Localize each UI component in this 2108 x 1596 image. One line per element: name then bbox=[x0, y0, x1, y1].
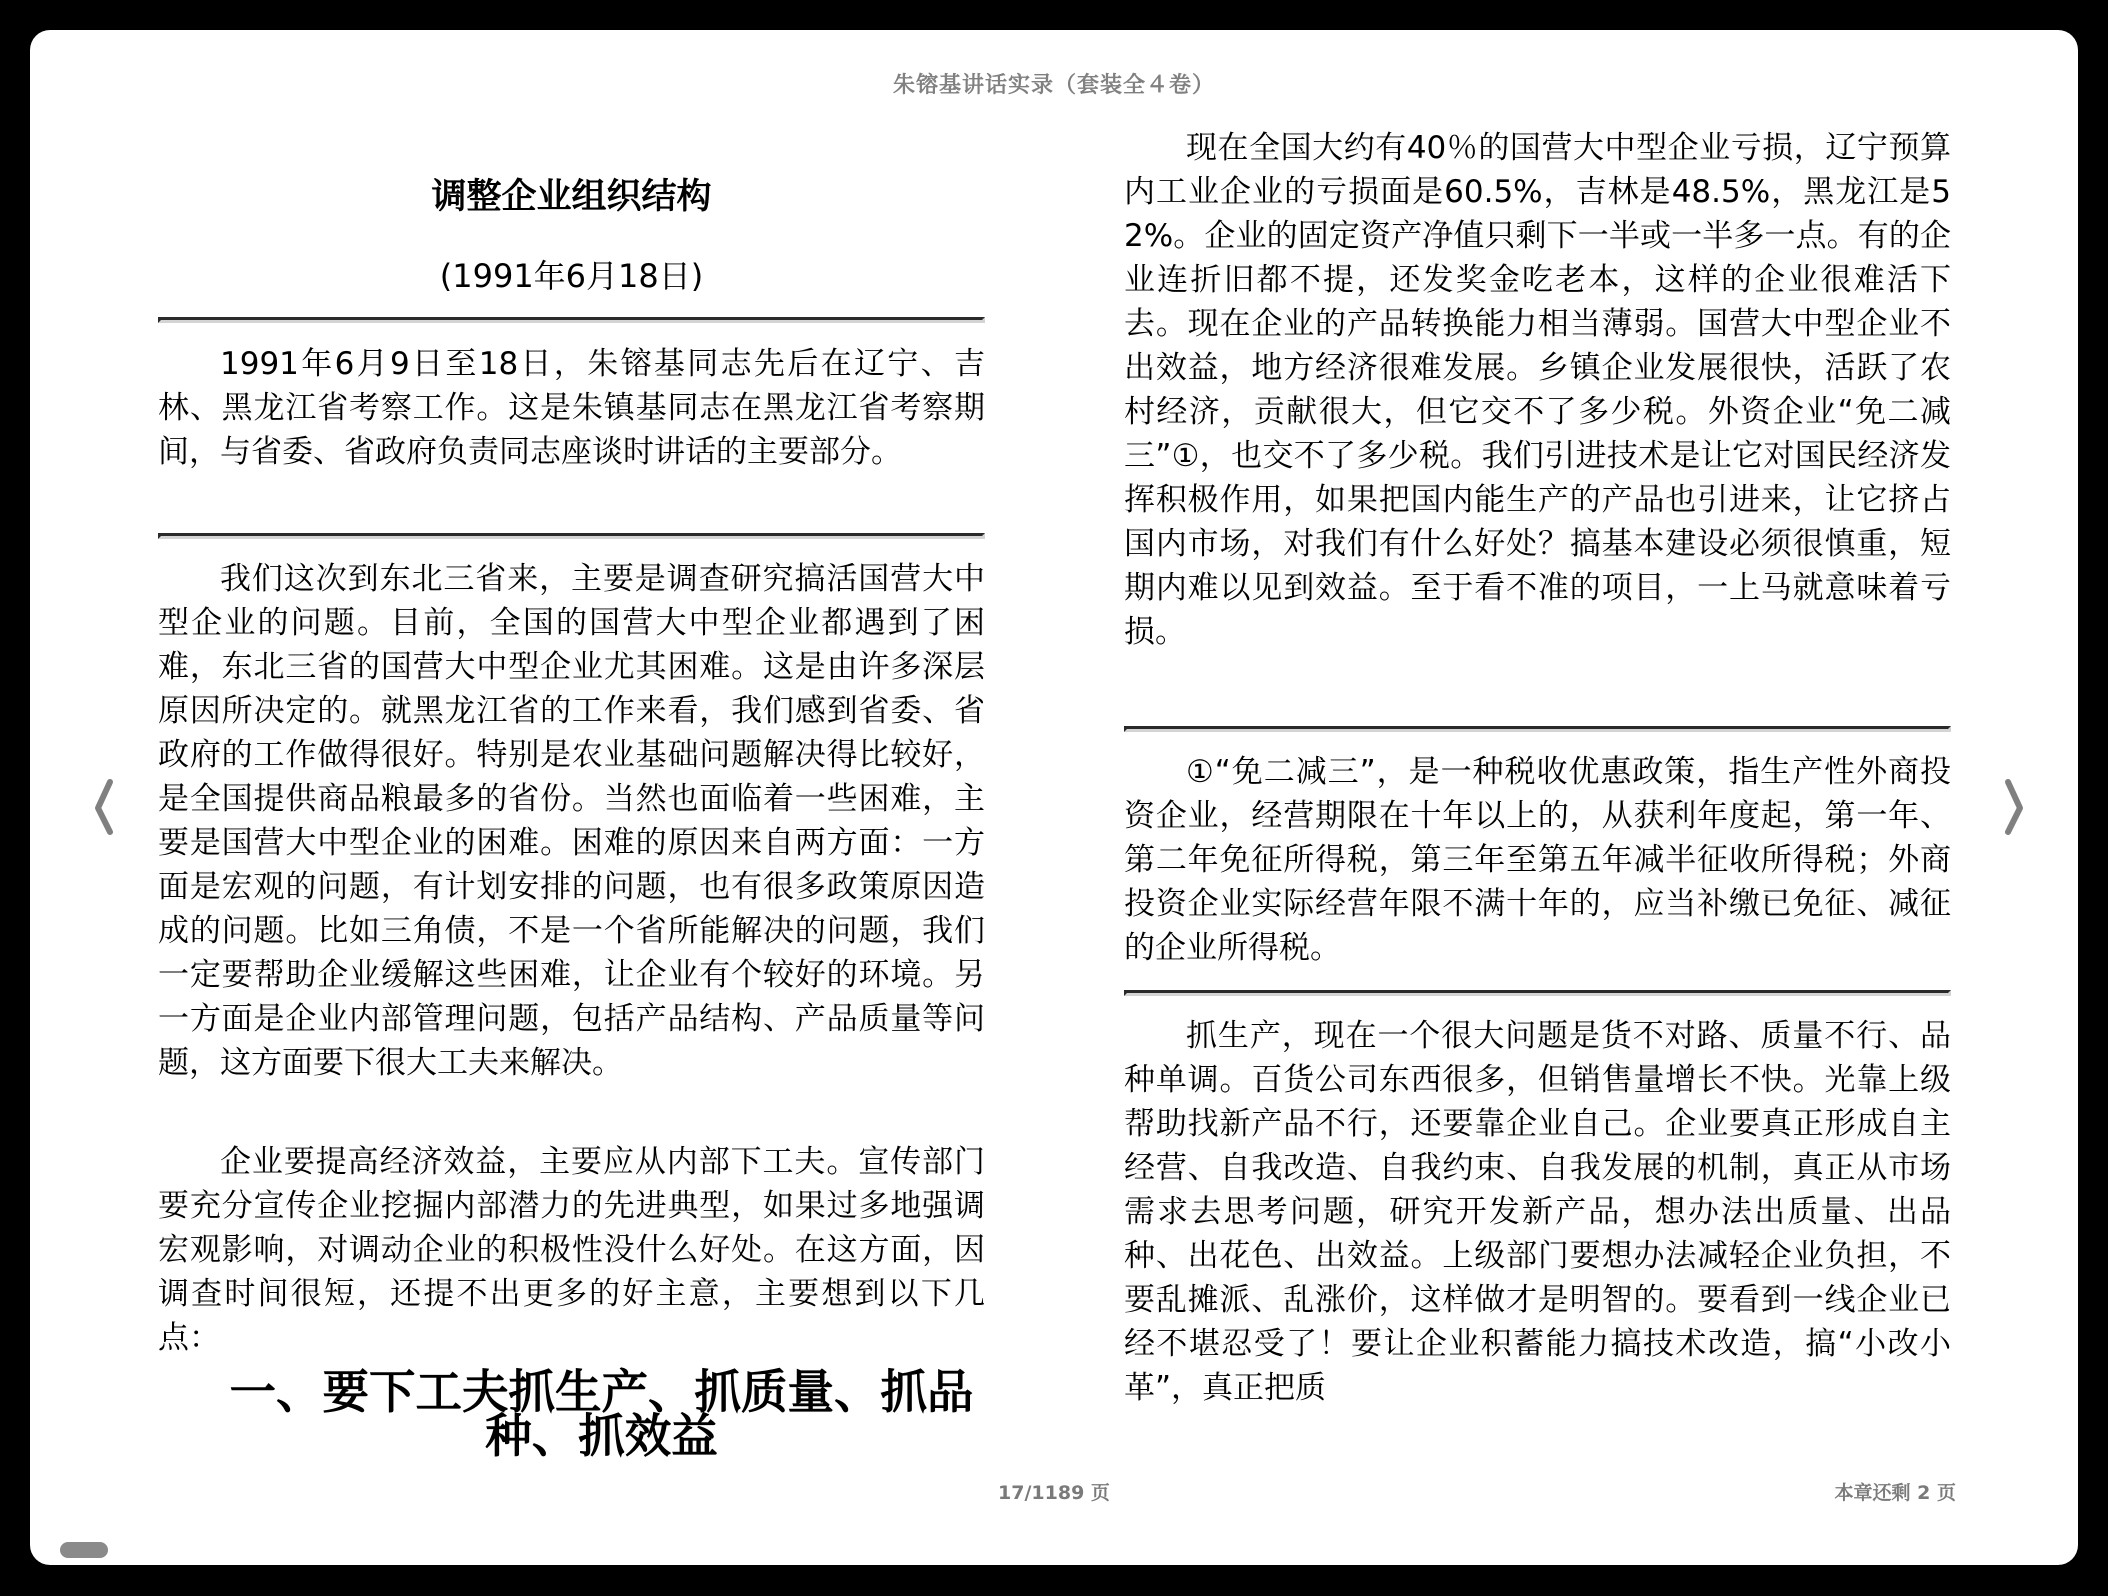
divider bbox=[158, 533, 985, 539]
chapter-date: (1991年6月18日) bbox=[158, 254, 985, 298]
chapter-remaining: 本章还剩 2 页 bbox=[1835, 1478, 1956, 1505]
section-heading: 一、要下工夫抓生产、抓质量、抓品种、抓效益 bbox=[158, 1370, 985, 1458]
book-title: 朱镕基讲话实录（套装全４卷） bbox=[30, 68, 2078, 99]
chevron-right-icon bbox=[1990, 770, 2040, 840]
previous-page-button[interactable] bbox=[78, 770, 128, 840]
body-paragraph: 现在全国大约有40％的国营大中型企业亏损，辽宁预算内工业企业的亏损面是60.5%… bbox=[1124, 126, 1951, 654]
divider bbox=[158, 317, 985, 323]
body-paragraph: 我们这次到东北三省来，主要是调查研究搞活国营大中型企业的问题。目前，全国的国营大… bbox=[158, 557, 985, 1085]
chevron-left-icon bbox=[78, 770, 128, 840]
footnote-divider-top bbox=[1124, 726, 1951, 732]
reader-page: 朱镕基讲话实录（套装全４卷） 调整企业组织结构 (1991年6月18日) 199… bbox=[30, 30, 2078, 1565]
drag-handle[interactable] bbox=[60, 1542, 108, 1558]
footnote-divider-bottom bbox=[1124, 990, 1951, 996]
chapter-intro: 1991年6月9日至18日，朱镕基同志先后在辽宁、吉林、黑龙江省考察工作。这是朱… bbox=[158, 342, 985, 474]
page-indicator: 17/1189 页 bbox=[30, 1478, 2078, 1505]
body-paragraph: 抓生产，现在一个很大问题是货不对路、质量不行、品种单调。百货公司东西很多，但销售… bbox=[1124, 1014, 1951, 1410]
next-page-button[interactable] bbox=[1990, 770, 2040, 840]
chapter-title: 调整企业组织结构 bbox=[158, 172, 985, 222]
body-paragraph: 企业要提高经济效益，主要应从内部下工夫。宣传部门要充分宣传企业挖掘内部潜力的先进… bbox=[158, 1140, 985, 1360]
footnote: ①“免二减三”，是一种税收优惠政策，指生产性外商投资企业，经营期限在十年以上的，… bbox=[1124, 750, 1951, 970]
